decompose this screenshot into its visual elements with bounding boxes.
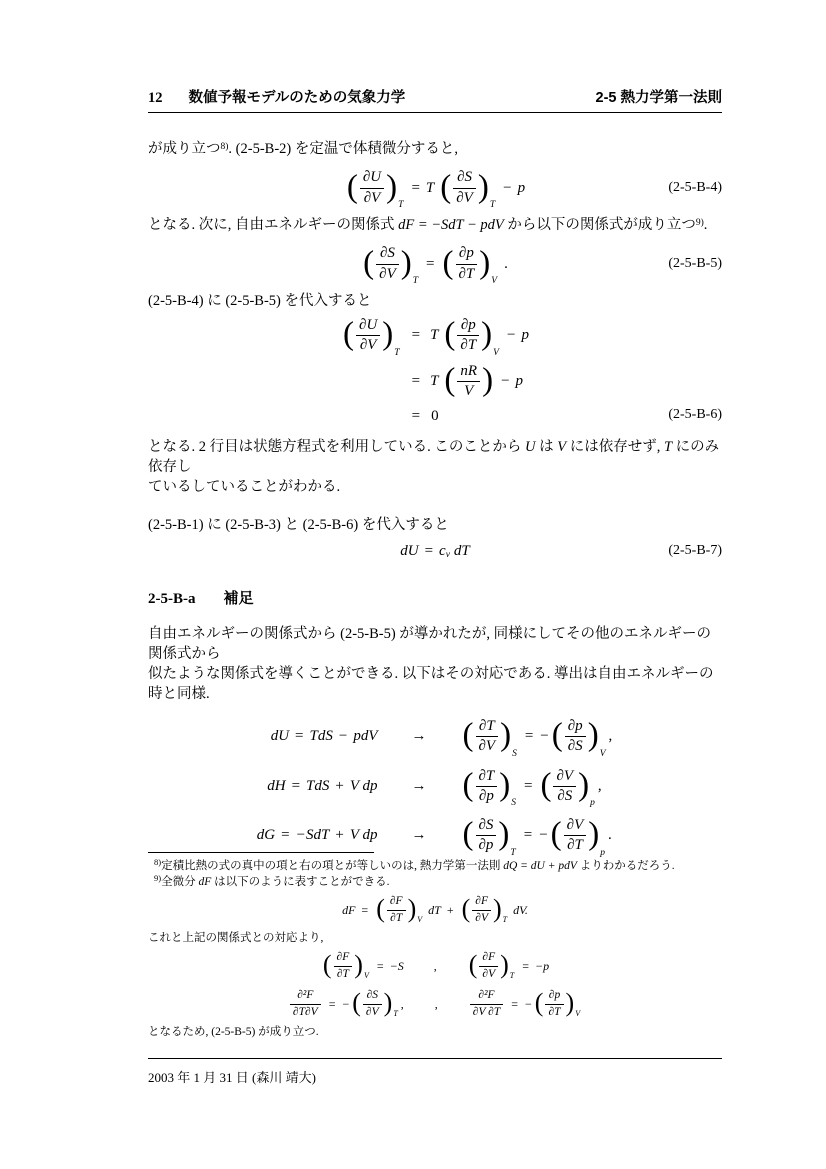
text-run: 自由エネルギーの関係式から (2-5-B-5) が導かれたが, 同様にしてその他… (148, 626, 711, 662)
corr-row3-left: dG=−SdT+V dp (257, 817, 378, 855)
paragraph-5: (2-5-B-1) に (2-5-B-3) と (2-5-B-6) を代入すると (148, 515, 722, 535)
constraint-subscript: S (511, 798, 516, 808)
denominator: ∂S (565, 736, 586, 755)
denominator: ∂V (479, 966, 498, 981)
corr-row1-right: (∂T∂V)S=−(∂p∂S)V, (461, 718, 614, 756)
right-paren-icon: ) (478, 171, 489, 204)
numerator: ∂p (457, 317, 479, 335)
math-var: dU (271, 728, 289, 745)
left-paren-icon: ( (463, 769, 474, 802)
math-var: p (516, 373, 524, 390)
paragraph-2: となる. 次に, 自由エネルギーの関係式 dF = −SdT − pdV から以… (148, 215, 722, 237)
parenthesized-fraction: (∂p∂T)V (535, 989, 580, 1018)
denominator: ∂V (363, 1004, 382, 1019)
text-run: が成り立つ (148, 141, 221, 157)
denominator: ∂V (360, 188, 384, 207)
numerator: ∂F (334, 951, 353, 965)
equation-body: ∂²F∂T∂V=−(∂S∂V)T,,∂²F∂V ∂T=−(∂p∂T)V (288, 989, 582, 1018)
parenthesized-fraction: (∂U∂V)T (343, 317, 400, 355)
denominator: ∂T (456, 264, 478, 283)
denominator: ∂V (472, 910, 491, 925)
paragraph-4-line1: となる. 2 行目は状態方程式を利用している. このことから U は V には依… (148, 437, 722, 477)
parenthesized-fraction: (∂F∂V)T (469, 951, 515, 980)
denominator: ∂T (387, 910, 406, 925)
math-var: TdS (306, 778, 329, 795)
constraint-subscript: T (490, 200, 495, 210)
fraction: ∂p∂T (457, 317, 479, 355)
running-head-left: 12 数値予報モデルのための気象力学 (148, 86, 405, 107)
parenthesized-fraction: (∂p∂T)V (443, 245, 498, 283)
footnote-end-text: となるため, (2-5-B-5) が成り立つ. (148, 1024, 722, 1040)
numerator: ∂T (476, 768, 498, 786)
left-paren-icon: ( (347, 171, 358, 204)
math-var: V dp (350, 827, 378, 844)
footnote-marker: 8) (154, 857, 161, 867)
parenthesized-fraction: (∂S∂V)T (352, 989, 398, 1018)
math-var: dT (454, 543, 470, 560)
running-head: 12 数値予報モデルのための気象力学 2-5 熱力学第一法則 (148, 86, 722, 113)
fraction: ∂p∂S (565, 718, 586, 756)
math-operator: = (295, 728, 303, 745)
right-paren-icon: ) (386, 171, 397, 204)
numerator: ∂F (479, 951, 498, 965)
math-roman: − (539, 827, 547, 844)
left-paren-icon: ( (444, 364, 455, 397)
math-var: T (430, 373, 438, 390)
math-var: dG (257, 827, 275, 844)
right-paren-icon: ) (500, 719, 511, 752)
numerator: nR (457, 363, 480, 381)
math-operator: = (522, 958, 529, 974)
parenthesized-fraction: (∂V∂S)p (540, 768, 594, 806)
right-paren-icon: ) (588, 719, 599, 752)
math-operator: = (425, 543, 433, 560)
numerator: ∂S (376, 245, 399, 263)
fraction: ∂U∂V (360, 169, 384, 207)
text-run: は (535, 439, 557, 455)
numerator: ∂S (453, 169, 476, 187)
numerator: ∂p (565, 718, 586, 736)
math-var: T (426, 180, 434, 197)
right-paren-icon: ) (479, 247, 490, 280)
right-paren-icon: ) (481, 318, 492, 351)
math-operator: − (503, 180, 511, 197)
left-paren-icon: ( (551, 818, 562, 851)
constraint-subscript: V (491, 276, 497, 286)
corr-row3-arrow: → (412, 817, 427, 855)
text-run: となるため, (2-5-B-5) が成り立つ. (148, 1026, 319, 1038)
fraction: ∂U∂V (356, 317, 380, 355)
footnote-rule (148, 852, 374, 853)
right-paren-icon: ) (382, 318, 393, 351)
footnote-equation-dF: dF=(∂F∂T)VdT+(∂F∂V)TdV. (148, 892, 722, 928)
constraint-subscript: V (493, 348, 499, 358)
right-paren-icon: ) (566, 990, 575, 1016)
subsection-title: 補足 (224, 587, 254, 608)
subscript: v (446, 550, 450, 560)
math-var: T (430, 327, 438, 344)
math-operator: = (361, 902, 368, 918)
left-paren-icon: ( (363, 247, 374, 280)
math-operator: = (292, 778, 300, 795)
parenthesized-fraction: (∂U∂V)T (347, 169, 404, 207)
text-run: (2-5-B-1) に (2-5-B-3) と (2-5-B-6) を代入すると (148, 517, 449, 533)
fraction: ∂V∂S (553, 768, 576, 806)
equation-body: (∂F∂T)V=−S,(∂F∂V)T=−p (321, 951, 549, 980)
math-roman: − (342, 996, 349, 1012)
footnote-equation-pair1: (∂F∂T)V=−S,(∂F∂V)T=−p (148, 948, 722, 984)
left-paren-icon: ( (376, 896, 385, 922)
math-operator: = (377, 958, 384, 974)
left-paren-icon: ( (343, 318, 354, 351)
left-paren-icon: ( (443, 247, 454, 280)
left-paren-icon: ( (323, 952, 332, 978)
math-operator: = (411, 180, 419, 197)
equation-tag: (2-5-B-7) (668, 543, 722, 559)
text-run: 定積比熱の式の真中の項と右の項とが等しいのは, 熱力学第一法則 (161, 860, 503, 872)
math-roman: , (401, 996, 404, 1012)
text-run: . (704, 217, 708, 233)
corr-row1-arrow: → (412, 718, 427, 756)
equation-block-2-5-B-6: (∂U∂V)T = T(∂p∂T)V−p = T(nRV)−p = 0 (2-5… (148, 317, 722, 425)
math-roman: 0 (431, 408, 439, 425)
paragraph-6-line2: 似たような関係式を導くことができる. 以下はその対応である. 導出は自由エネルギ… (148, 664, 722, 704)
numerator: ∂V (564, 817, 587, 835)
math-var: dU (400, 543, 418, 560)
parenthesized-fraction: (∂p∂S)V (552, 718, 606, 756)
text-run: (2-5-B-4) に (2-5-B-5) を代入すると (148, 293, 372, 309)
eq6-row3-lhs (341, 408, 402, 425)
parenthesized-fraction: (∂F∂V)T (462, 895, 508, 924)
math-var: c (439, 543, 446, 560)
constraint-subscript: T (413, 276, 418, 286)
eq6-row1-rel: = (402, 317, 430, 355)
right-paren-icon: ) (498, 818, 509, 851)
constraint-subscript: V (575, 1006, 580, 1022)
right-paren-icon: ) (578, 769, 589, 802)
text-run: から以下の関係式が成り立つ (504, 217, 696, 233)
text-run: . (2-5-B-2) を定温で体積微分すると, (228, 141, 458, 157)
equation-2-5-B-4: (∂U∂V)T=T(∂S∂V)T−p (2-5-B-4) (148, 165, 722, 211)
math-operator: − (339, 728, 347, 745)
right-paren-icon: ) (588, 818, 599, 851)
math-var: dV. (513, 902, 528, 918)
inline-math: dF = −SdT − pdV (398, 217, 504, 233)
numerator: ∂T (476, 718, 499, 736)
equation-tag: (2-5-B-6) (668, 407, 722, 423)
right-paren-icon: ) (500, 952, 509, 978)
left-paren-icon: ( (463, 719, 474, 752)
fraction: ∂S∂V (376, 245, 399, 283)
equation-align-grid: (∂U∂V)T = T(∂p∂T)V−p = T(nRV)−p = 0 (148, 317, 722, 425)
denominator: ∂T∂V (290, 1004, 321, 1019)
denominator: ∂T (334, 966, 353, 981)
fraction: ∂S∂V (363, 989, 382, 1018)
numerator: ∂S (476, 817, 497, 835)
denominator: ∂T (545, 1004, 563, 1019)
parenthesized-fraction: (nRV) (444, 363, 493, 401)
math-roman: . (504, 256, 508, 273)
corr-row1-left: dU=TdS−pdV (271, 718, 378, 756)
fraction: ∂F∂V (479, 951, 498, 980)
left-paren-icon: ( (352, 990, 361, 1016)
footnote-9-text: 全微分 dF は以下のように表すことができる. (161, 876, 389, 888)
numerator: ∂V (553, 768, 576, 786)
constraint-subscript: p (590, 798, 595, 808)
math-var: −S (390, 958, 404, 974)
left-paren-icon: ( (462, 896, 471, 922)
math-operator: + (447, 902, 454, 918)
denominator: V (457, 381, 480, 400)
left-paren-icon: ( (469, 952, 478, 978)
numerator: ∂p (456, 245, 478, 263)
constraint-subscript: S (512, 749, 517, 759)
equation-body: dU=cvdT (400, 543, 470, 560)
left-paren-icon: ( (552, 719, 563, 752)
inline-math: T (664, 439, 672, 455)
footnote-mid-text: これと上記の関係式との対応より, (148, 930, 722, 946)
constraint-subscript: V (417, 912, 422, 928)
footnote-8: 8)定積比熱の式の真中の項と右の項とが等しいのは, 熱力学第一法則 dQ = d… (148, 858, 722, 874)
document-page: 12 数値予報モデルのための気象力学 2-5 熱力学第一法則 が成り立つ8). … (0, 0, 826, 1169)
eq6-row3-rhs: 0 (430, 408, 529, 425)
inline-math: U (525, 439, 535, 455)
right-paren-icon: ) (408, 896, 417, 922)
equation-body: dF=(∂F∂T)VdT+(∂F∂V)TdV. (342, 895, 528, 924)
math-operator: = (426, 256, 434, 273)
left-paren-icon: ( (535, 990, 544, 1016)
math-var: p (521, 327, 529, 344)
footnote-block: 8)定積比熱の式の真中の項と右の項とが等しいのは, 熱力学第一法則 dQ = d… (148, 852, 722, 1040)
numerator: ∂²F (290, 989, 321, 1003)
maxwell-correspondence-block: dU=TdS−pdV → (∂T∂V)S=−(∂p∂S)V, dH=TdS+V … (148, 718, 722, 855)
parenthesized-fraction: (∂S∂V)T (363, 245, 418, 283)
wide-separator: , (434, 958, 437, 974)
numerator: ∂p (545, 989, 563, 1003)
math-roman: − (540, 728, 548, 745)
paragraph-4-line2: ているしていることがわかる. (148, 477, 722, 497)
paragraph-6-line1: 自由エネルギーの関係式から (2-5-B-5) が導かれたが, 同様にしてその他… (148, 624, 722, 664)
paragraph-3: (2-5-B-4) に (2-5-B-5) を代入すると (148, 291, 722, 311)
equation-body: (∂S∂V)T=(∂p∂T)V. (361, 245, 509, 283)
math-var: dF (342, 902, 355, 918)
fraction: ∂p∂T (456, 245, 478, 283)
footnote-marker: 9) (696, 218, 704, 228)
denominator: ∂V (453, 188, 476, 207)
math-var: pdV (353, 728, 377, 745)
fraction: ∂T∂p (476, 768, 498, 806)
footnote-equation-pair2: ∂²F∂T∂V=−(∂S∂V)T,,∂²F∂V ∂T=−(∂p∂T)V (148, 986, 722, 1022)
math-roman: , (609, 728, 613, 745)
math-operator: = (524, 827, 532, 844)
text-run: は以下のように表すことができる. (211, 876, 389, 888)
math-roman: − (297, 827, 305, 844)
right-paren-icon: ) (354, 952, 363, 978)
text-run: 似たような関係式を導くことができる. 以下はその対応である. 導出は自由エネルギ… (148, 666, 714, 702)
corr-row2-right: (∂T∂p)S=(∂V∂S)p, (461, 768, 603, 806)
math-var: −p (535, 958, 549, 974)
text-run: これと上記の関係式との対応より, (148, 932, 323, 944)
left-paren-icon: ( (463, 818, 474, 851)
numerator: ∂F (472, 895, 491, 909)
math-operator: + (335, 778, 343, 795)
denominator: ∂T (457, 335, 479, 354)
fraction: ∂S∂p (476, 817, 497, 855)
numerator: ∂U (360, 169, 384, 187)
inline-math: dF (198, 876, 211, 888)
math-operator: + (335, 827, 343, 844)
numerator: ∂²F (470, 989, 503, 1003)
parenthesized-fraction: (∂T∂p)S (463, 768, 517, 806)
fraction: ∂T∂V (476, 718, 499, 756)
subsection-heading: 2-5-B-a 補足 (148, 587, 722, 608)
fraction: ∂S∂V (453, 169, 476, 207)
page-footer: 2003 年 1 月 31 日 (森川 靖大) (148, 1058, 722, 1086)
footer-date-author: 2003 年 1 月 31 日 (森川 靖大) (148, 1067, 722, 1086)
math-roman: − (525, 996, 532, 1012)
text-run: 全微分 (161, 876, 198, 888)
text-run: には依存せず, (566, 439, 664, 455)
right-paren-icon: ) (493, 896, 502, 922)
inline-math: dQ = dU + pdV (503, 860, 577, 872)
parenthesized-fraction: (∂F∂T)V (323, 951, 369, 980)
footer-rule (148, 1058, 722, 1059)
eq6-row2-rel: = (402, 363, 430, 401)
denominator: ∂S (553, 786, 576, 805)
eq6-row1-lhs: (∂U∂V)T (341, 317, 402, 355)
right-paren-icon: ) (384, 990, 393, 1016)
right-paren-icon: ) (482, 364, 493, 397)
document-title: 数値予報モデルのための気象力学 (189, 86, 406, 107)
math-operator: − (507, 327, 515, 344)
denominator: ∂V (376, 264, 399, 283)
fraction: ∂F∂T (334, 951, 353, 980)
footnote-8-text: 定積比熱の式の真中の項と右の項とが等しいのは, 熱力学第一法則 dQ = dU … (161, 860, 675, 872)
text-run: よりわかるだろう. (577, 860, 675, 872)
equation-2-5-B-5: (∂S∂V)T=(∂p∂T)V. (2-5-B-5) (148, 241, 722, 287)
math-roman: , (598, 778, 602, 795)
math-operator: = (524, 778, 532, 795)
equation-body: (∂U∂V)T=T(∂S∂V)T−p (345, 169, 525, 207)
math-roman: . (608, 827, 612, 844)
math-operator: = (525, 728, 533, 745)
math-var: dT (428, 902, 441, 918)
text-run: ているしていることがわかる. (148, 479, 340, 495)
left-paren-icon: ( (540, 769, 551, 802)
equation-2-5-B-7: dU=cvdT (2-5-B-7) (148, 537, 722, 565)
fraction: ∂F∂T (387, 895, 406, 924)
inline-math: V (557, 439, 566, 455)
subsection-number: 2-5-B-a (148, 591, 196, 608)
fraction: ∂F∂V (472, 895, 491, 924)
eq6-row3-rel: = (402, 408, 430, 425)
corr-row2-left: dH=TdS+V dp (267, 768, 377, 806)
left-paren-icon: ( (440, 171, 451, 204)
denominator: ∂p (476, 786, 498, 805)
parenthesized-fraction: (∂V∂T)p (551, 817, 605, 855)
denominator: ∂V ∂T (470, 1004, 503, 1019)
equation-tag: (2-5-B-5) (668, 256, 722, 272)
denominator: ∂V (476, 736, 499, 755)
paragraph-1: が成り立つ8). (2-5-B-2) を定温で体積微分すると, (148, 139, 722, 161)
right-paren-icon: ) (401, 247, 412, 280)
fraction: ∂²F∂T∂V (290, 989, 321, 1018)
parenthesized-fraction: (∂p∂T)V (444, 317, 499, 355)
constraint-subscript: T (503, 912, 507, 928)
corr-row2-arrow: → (412, 768, 427, 806)
constraint-subscript: V (600, 749, 606, 759)
parenthesized-fraction: (∂S∂p)T (463, 817, 516, 855)
math-var: p (518, 180, 526, 197)
equation-tag: (2-5-B-4) (668, 180, 722, 196)
fraction: ∂p∂T (545, 989, 563, 1018)
section-running-title: 2-5 熱力学第一法則 (596, 86, 723, 107)
eq6-row2-rhs: T(nRV)−p (430, 363, 529, 401)
fraction: ∂²F∂V ∂T (470, 989, 503, 1018)
text-run: となる. 2 行目は状態方程式を利用している. このことから (148, 439, 525, 455)
math-var: dH (267, 778, 285, 795)
denominator: ∂V (356, 335, 380, 354)
constraint-subscript: T (510, 968, 514, 984)
parenthesized-fraction: (∂T∂V)S (463, 718, 517, 756)
right-paren-icon: ) (499, 769, 510, 802)
numerator: ∂F (387, 895, 406, 909)
numerator: ∂S (363, 989, 382, 1003)
parenthesized-fraction: (∂S∂V)T (440, 169, 495, 207)
footnote-marker: 9) (154, 873, 161, 883)
constraint-subscript: T (398, 200, 403, 210)
footnote-9: 9)全微分 dF は以下のように表すことができる. (148, 874, 722, 890)
text-run: となる. 次に, 自由エネルギーの関係式 (148, 217, 398, 233)
constraint-subscript: T (394, 348, 399, 358)
math-operator: − (501, 373, 509, 390)
page-number: 12 (148, 90, 163, 107)
parenthesized-fraction: (∂F∂T)V (376, 895, 422, 924)
eq6-row1-rhs: T(∂p∂T)V−p (430, 317, 529, 355)
left-paren-icon: ( (444, 318, 455, 351)
constraint-subscript: V (364, 968, 369, 984)
numerator: ∂U (356, 317, 380, 335)
constraint-subscript: T (393, 1006, 397, 1022)
wide-separator: , (435, 996, 438, 1012)
math-var: SdT (306, 827, 329, 844)
math-var: TdS (310, 728, 333, 745)
fraction: ∂V∂T (564, 817, 587, 855)
math-var: V dp (350, 778, 378, 795)
math-operator: = (329, 996, 336, 1012)
fraction: nRV (457, 363, 480, 401)
footnote-marker: 8) (221, 142, 229, 152)
eq6-row2-lhs (341, 363, 402, 401)
math-operator: = (281, 827, 289, 844)
math-operator: = (511, 996, 518, 1012)
corr-row3-right: (∂S∂p)T=−(∂V∂T)p. (461, 817, 613, 855)
